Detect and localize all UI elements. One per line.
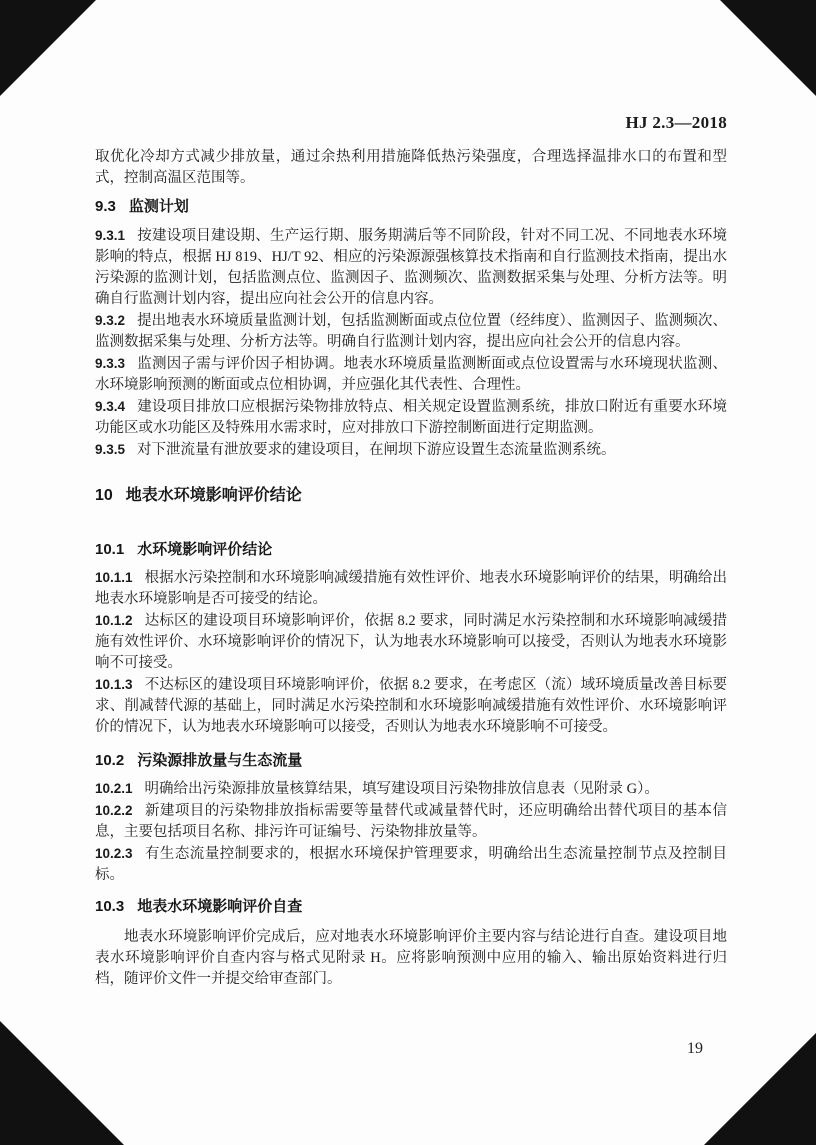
heading-title: 地表水环境影响评价结论 [126, 487, 302, 504]
clause-text: 监测因子需与评价因子相协调。地表水环境质量监测断面或点位设置需与水环境现状监测、… [95, 356, 727, 393]
clause-text: 建设项目排放口应根据污染物排放特点、相关规定设置监测系统，排放口附近有重要水环境… [95, 399, 727, 436]
page-number: 19 [687, 1040, 703, 1058]
clause-number: 9.3.3 [95, 356, 125, 371]
clause-number: 9.3.1 [95, 228, 125, 243]
clause-9-3-4: 9.3.4建设项目排放口应根据污染物排放特点、相关规定设置监测系统，排放口附近有… [95, 396, 727, 439]
page-content: HJ 2.3—2018 取优化冷却方式减少排放量，通过余热利用措施降低热污染强度… [95, 112, 727, 990]
clause-number: 10.2.2 [95, 803, 133, 818]
section-heading-10-2: 10.2污染源排放量与生态流量 [95, 750, 727, 772]
clause-text: 达标区的建设项目环境影响评价，依据 8.2 要求，同时满足水污染控制和水环境影响… [95, 613, 727, 671]
clause-number: 9.3.2 [95, 313, 125, 328]
clause-number: 10.1.2 [95, 613, 133, 628]
clause-text: 根据水污染控制和水环境影响减缓措施有效性评价、地表水环境影响评价的结果，明确给出… [95, 570, 727, 607]
clause-10-2-3: 10.2.3有生态流量控制要求的，根据水环境保护管理要求，明确给出生态流量控制节… [95, 843, 727, 886]
clause-number: 10.1.3 [95, 677, 133, 692]
section-heading-9-3: 9.3监测计划 [95, 196, 727, 218]
chapter-heading-10: 10地表水环境影响评价结论 [95, 485, 727, 507]
clause-10-1-3: 10.1.3不达标区的建设项目环境影响评价，依据 8.2 要求，在考虑区（流）域… [95, 674, 727, 738]
scan-artifact-corner-top-right [720, 0, 816, 96]
heading-title: 监测计划 [129, 198, 189, 215]
clause-9-3-1: 9.3.1按建设项目建设期、生产运行期、服务期满后等不同阶段，针对不同工况、不同… [95, 225, 727, 310]
clause-number: 9.3.4 [95, 399, 125, 414]
clause-number: 10.1.1 [95, 570, 133, 585]
heading-number: 10.3 [95, 898, 124, 915]
heading-title: 水环境影响评价结论 [137, 541, 272, 558]
heading-number: 10 [95, 487, 113, 504]
heading-title: 污染源排放量与生态流量 [137, 752, 302, 769]
section-heading-10-1: 10.1水环境影响评价结论 [95, 539, 727, 561]
paragraph-10-3-body: 地表水环境影响评价完成后，应对地表水环境影响评价主要内容与结论进行自查。建设项目… [95, 927, 727, 990]
scan-artifact-corner-top-left [0, 0, 96, 96]
clause-9-3-5: 9.3.5对下泄流量有泄放要求的建设项目，在闸坝下游应设置生态流量监测系统。 [95, 439, 727, 461]
clause-10-2-1: 10.2.1明确给出污染源排放量核算结果，填写建设项目污染物排放信息表（见附录 … [95, 778, 727, 800]
scan-artifact-corner-bottom-left [0, 1021, 124, 1145]
standard-number-header: HJ 2.3—2018 [95, 112, 727, 134]
clause-text: 明确给出污染源排放量核算结果，填写建设项目污染物排放信息表（见附录 G）。 [145, 781, 659, 797]
clause-text: 对下泄流量有泄放要求的建设项目，在闸坝下游应设置生态流量监测系统。 [137, 442, 616, 458]
heading-title: 地表水环境影响评价自查 [137, 898, 302, 915]
heading-number: 10.1 [95, 541, 124, 558]
heading-number: 9.3 [95, 198, 116, 215]
clause-9-3-3: 9.3.3监测因子需与评价因子相协调。地表水环境质量监测断面或点位设置需与水环境… [95, 353, 727, 396]
clause-10-1-2: 10.1.2达标区的建设项目环境影响评价，依据 8.2 要求，同时满足水污染控制… [95, 610, 727, 674]
clause-text: 有生态流量控制要求的，根据水环境保护管理要求，明确给出生态流量控制节点及控制目标… [95, 846, 727, 883]
clause-text: 取优化冷却方式减少排放量，通过余热利用措施降低热污染强度，合理选择温排水口的布置… [95, 149, 727, 186]
document-page: HJ 2.3—2018 取优化冷却方式减少排放量，通过余热利用措施降低热污染强度… [0, 0, 816, 1145]
clause-number: 9.3.5 [95, 442, 125, 457]
section-heading-10-3: 10.3地表水环境影响评价自查 [95, 896, 727, 918]
clause-number: 10.2.1 [95, 781, 133, 796]
clause-number: 10.2.3 [95, 846, 133, 861]
clause-9-3-2: 9.3.2提出地表水环境质量监测计划，包括监测断面或点位位置（经纬度）、监测因子… [95, 310, 727, 353]
paragraph-continuation: 取优化冷却方式减少排放量，通过余热利用措施降低热污染强度，合理选择温排水口的布置… [95, 147, 727, 189]
heading-number: 10.2 [95, 752, 124, 769]
clause-text: 提出地表水环境质量监测计划，包括监测断面或点位位置（经纬度）、监测因子、监测频次… [95, 313, 727, 350]
clause-text: 不达标区的建设项目环境影响评价，依据 8.2 要求，在考虑区（流）域环境质量改善… [95, 677, 727, 735]
clause-10-1-1: 10.1.1根据水污染控制和水环境影响减缓措施有效性评价、地表水环境影响评价的结… [95, 567, 727, 610]
clause-text: 新建项目的污染物排放指标需要等量替代或减量替代时，还应明确给出替代项目的基本信息… [95, 803, 727, 840]
scan-artifact-corner-bottom-right [704, 1033, 816, 1145]
clause-text: 地表水环境影响评价完成后，应对地表水环境影响评价主要内容与结论进行自查。建设项目… [95, 927, 727, 990]
clause-text: 按建设项目建设期、生产运行期、服务期满后等不同阶段，针对不同工况、不同地表水环境… [95, 228, 727, 307]
clause-10-2-2: 10.2.2新建项目的污染物排放指标需要等量替代或减量替代时，还应明确给出替代项… [95, 800, 727, 843]
